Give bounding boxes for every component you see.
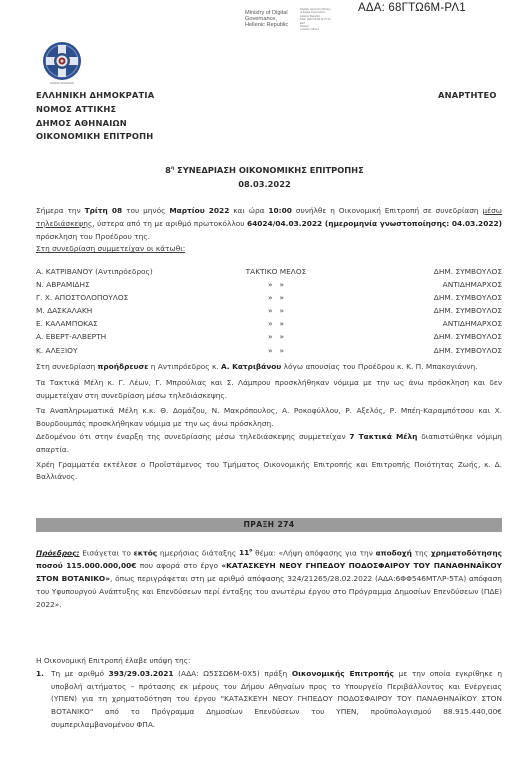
municipality-of-athens-emblem-icon [42, 41, 82, 81]
list-item: 1. Τη με αριθμό 393/29.03.2021 (ΑΔΑ: Ω5Σ… [36, 668, 502, 732]
proposal-paragraph: Πρόεδρος: Εισάγεται το εκτός ημερήσιας δ… [36, 546, 502, 611]
digital-signature-details: Digitally signed by Ministry of Digital … [300, 8, 358, 32]
session-title: 8η ΣΥΝΕΔΡΙΑΣΗ ΟΙΚΟΝΟΜΙΚΗΣ ΕΠΙΤΡΟΠΗΣ [0, 162, 529, 178]
signer-line: Hellenic Republic [245, 22, 288, 28]
logo-caption: ΔΗΜΟΣ ΑΘΗΝΑΙΩΝ [36, 82, 88, 85]
member-row: Ν. ΑΒΡΑΜΙΔΗΣ» »ΑΝΤΙΔΗΜΑΡΧΟΣ [36, 278, 502, 291]
issuer-line: ΕΛΛΗΝΙΚΗ ΔΗΜΟΚΡΑΤΙΑ [36, 89, 154, 103]
digital-signature-signer: Ministry of Digital Governance, Hellenic… [245, 10, 288, 28]
session-date: 08.03.2022 [0, 178, 529, 192]
member-row: Α. ΕΒΕΡΤ-ΑΛΒΕΡΤΗ» »ΔΗΜ. ΣΥΜΒΟΥΛΟΣ [36, 330, 502, 343]
participants-heading: Στη συνεδρίαση συμμετείχαν οι κάτωθι: [36, 243, 502, 256]
member-position: ΑΝΤΙΔΗΜΑΡΧΟΣ [346, 278, 502, 291]
member-name: Α. ΚΑΤΡΙΒΑΝΟΥ (Αντιπρόεδρος) [36, 265, 206, 278]
member-name: Ε. ΚΑΛΑΜΠΟΚΑΣ [36, 317, 206, 330]
member-row: Α. ΚΑΤΡΙΒΑΝΟΥ (Αντιπρόεδρος)ΤΑΚΤΙΚΟ ΜΕΛΟ… [36, 265, 502, 278]
member-role: » » [206, 278, 346, 291]
list-body: Τη με αριθμό 393/29.03.2021 (ΑΔΑ: Ω5ΣΣΩ6… [51, 668, 502, 732]
member-role: » » [206, 291, 346, 304]
member-role: » » [206, 317, 346, 330]
considered-heading: Η Οικονομική Επιτροπή έλαβε υπόψη της: [36, 655, 502, 668]
issuer-line: ΔΗΜΟΣ ΑΘΗΝΑΙΩΝ [36, 117, 154, 131]
member-position: ΔΗΜ. ΣΥΜΒΟΥΛΟΣ [346, 291, 502, 304]
absent-members-paragraph: Τα Τακτικά Μέλη κ. Γ. Λέων, Γ. Μπρούλιας… [36, 377, 502, 403]
secretary-paragraph: Χρέη Γραμματέα εκτέλεσε ο Προϊστάμενος τ… [36, 459, 502, 485]
issuer-line: ΝΟΜΟΣ ΑΤΤΙΚΗΣ [36, 103, 154, 117]
presided-paragraph: Στη συνεδρίαση προήδρευσε η Αντιπρόεδρος… [36, 361, 502, 374]
ada-code: ΑΔΑ: 68ΓΤΩ6Μ-ΡΛ1 [358, 2, 466, 14]
member-row: Ε. ΚΑΛΑΜΠΟΚΑΣ» »ΑΝΤΙΔΗΜΑΡΧΟΣ [36, 317, 502, 330]
publish-notice: ΑΝΑΡΤΗΤΕΟ [438, 89, 497, 103]
members-list: Α. ΚΑΤΡΙΒΑΝΟΥ (Αντιπρόεδρος)ΤΑΚΤΙΚΟ ΜΕΛΟ… [36, 265, 502, 357]
substitute-members-paragraph: Τα Αναπληρωματικά Μέλη κ.κ. Θ. Δομάζου, … [36, 405, 502, 431]
member-name: Ν. ΑΒΡΑΜΙΔΗΣ [36, 278, 206, 291]
member-name: Κ. ΑΛΕΞΙΟΥ [36, 344, 206, 357]
intro-paragraph: Σήμερα την Τρίτη 08 του μηνός Μαρτίου 20… [36, 205, 502, 256]
list-number: 1. [36, 668, 51, 732]
signature-detail-line: Location: Athens [300, 28, 358, 31]
member-position: ΔΗΜ. ΣΥΜΒΟΥΛΟΣ [346, 265, 502, 278]
minutes-paragraphs: Στη συνεδρίαση προήδρευσε η Αντιπρόεδρος… [36, 361, 502, 484]
member-row: Γ. Χ. ΑΠΟΣΤΟΛΟΠΟΥΛΟΣ» »ΔΗΜ. ΣΥΜΒΟΥΛΟΣ [36, 291, 502, 304]
act-number-banner: ΠΡΑΞΗ 274 [36, 518, 502, 532]
member-position: ΑΝΤΙΔΗΜΑΡΧΟΣ [346, 317, 502, 330]
member-role: ΤΑΚΤΙΚΟ ΜΕΛΟΣ [206, 265, 346, 278]
member-row: Μ. ΔΑΣΚΑΛΑΚΗ» »ΔΗΜ. ΣΥΜΒΟΥΛΟΣ [36, 304, 502, 317]
member-name: Γ. Χ. ΑΠΟΣΤΟΛΟΠΟΥΛΟΣ [36, 291, 206, 304]
considered-section: Η Οικονομική Επιτροπή έλαβε υπόψη της: 1… [36, 655, 502, 732]
document-title: 8η ΣΥΝΕΔΡΙΑΣΗ ΟΙΚΟΝΟΜΙΚΗΣ ΕΠΙΤΡΟΠΗΣ 08.0… [0, 162, 529, 191]
member-name: Μ. ΔΑΣΚΑΛΑΚΗ [36, 304, 206, 317]
member-position: ΔΗΜ. ΣΥΜΒΟΥΛΟΣ [346, 304, 502, 317]
member-row: Κ. ΑΛΕΞΙΟΥ» »ΔΗΜ. ΣΥΜΒΟΥΛΟΣ [36, 344, 502, 357]
member-role: » » [206, 330, 346, 343]
member-name: Α. ΕΒΕΡΤ-ΑΛΒΕΡΤΗ [36, 330, 206, 343]
issuer-header: ΕΛΛΗΝΙΚΗ ΔΗΜΟΚΡΑΤΙΑ ΝΟΜΟΣ ΑΤΤΙΚΗΣ ΔΗΜΟΣ … [36, 89, 154, 144]
member-position: ΔΗΜ. ΣΥΜΒΟΥΛΟΣ [346, 344, 502, 357]
member-role: » » [206, 304, 346, 317]
issuer-line: ΟΙΚΟΝΟΜΙΚΗ ΕΠΙΤΡΟΠΗ [36, 130, 154, 144]
member-position: ΔΗΜ. ΣΥΜΒΟΥΛΟΣ [346, 330, 502, 343]
quorum-paragraph: Δεδομένου ότι στην έναρξη της συνεδρίαση… [36, 431, 502, 457]
member-role: » » [206, 344, 346, 357]
